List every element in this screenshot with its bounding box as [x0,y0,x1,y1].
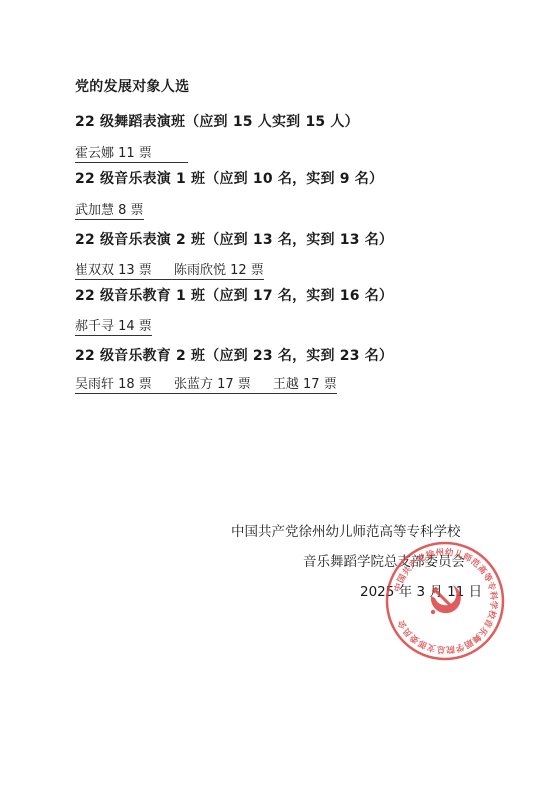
document-title: 党的发展对象人选 [75,76,189,96]
candidate-list: 武加慧 8 票 [75,199,144,220]
candidate-entry: 王越 17 票 [273,377,337,392]
candidate-entry: 崔双双 13 票 [75,263,152,278]
signature-committee: 音乐舞蹈学院总支部委员会 [303,550,465,570]
candidate-list: 崔双双 13 票 陈雨欣悦 12 票 [75,259,264,280]
signature-date: 2025 年 3 月 11 日 [360,580,482,600]
class-heading-music-performance-1: 22 级音乐表演 1 班（应到 10 名，实到 9 名） [75,168,383,188]
candidate-entry: 武加慧 8 票 [75,203,144,218]
class-heading-music-education-2: 22 级音乐教育 2 班（应到 23 名，实到 23 名） [75,345,393,365]
candidate-entry: 霍云娜 11 票 [75,146,152,161]
candidate-list: 郝千寻 14 票 [75,315,152,336]
signature-organization: 中国共产党徐州幼儿师范高等专科学校 [231,520,461,540]
class-heading-dance-performance: 22 级舞蹈表演班（应到 15 人实到 15 人） [75,111,359,131]
class-heading-music-education-1: 22 级音乐教育 1 班（应到 17 名，实到 16 名） [75,285,393,305]
candidate-entry: 郝千寻 14 票 [75,319,152,334]
candidate-list: 吴雨轩 18 票 张蓝方 17 票 王越 17 票 [75,373,337,394]
candidate-entry: 张蓝方 17 票 [174,377,251,392]
candidate-entry: 吴雨轩 18 票 [75,377,152,392]
candidate-list: 霍云娜 11 票 [75,142,188,163]
class-heading-music-performance-2: 22 级音乐表演 2 班（应到 13 名，实到 13 名） [75,229,393,249]
candidate-entry: 陈雨欣悦 12 票 [174,263,264,278]
